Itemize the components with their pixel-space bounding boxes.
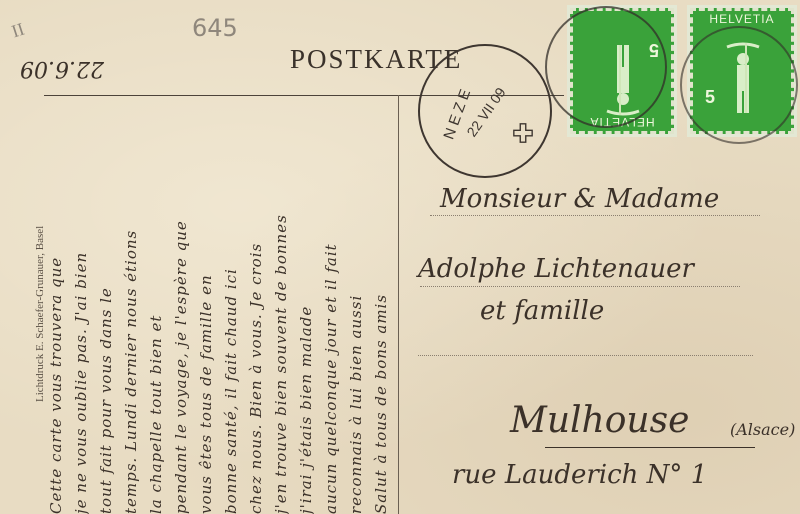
message-line: bonne santé, il fait chaud ici bbox=[219, 118, 244, 514]
address-salutation: Monsieur & Madame bbox=[440, 184, 719, 214]
message-line: reconnais à lui bien aussi bbox=[344, 118, 369, 514]
message-line: j'en trouve bien souvent de bonnes bbox=[269, 118, 294, 514]
postmark-cancel-stamp1 bbox=[545, 6, 667, 128]
message-line: tout fait pour vous dans le bbox=[94, 118, 119, 514]
handwritten-message: Cette carte vous trouvera que je ne vous… bbox=[44, 118, 384, 514]
address-region: (Alsace) bbox=[730, 420, 795, 439]
address-line-2 bbox=[420, 286, 740, 287]
address-recipient-suffix: et famille bbox=[480, 296, 604, 326]
message-line: Salut à tous de bons amis bbox=[369, 118, 394, 514]
swiss-cross-icon bbox=[512, 122, 534, 144]
postcard: II 645 22.6.09 POSTKARTE Lichtdruck E. S… bbox=[0, 0, 800, 514]
roman-numeral-mark: II bbox=[9, 19, 27, 43]
message-line: pendant le voyage, je l'espère que bbox=[169, 118, 194, 514]
message-line: je ne vous oublie pas. J'ai bien bbox=[69, 118, 94, 514]
message-line: la chapelle tout bien et bbox=[144, 118, 169, 514]
city-underline bbox=[545, 447, 755, 448]
message-line: temps. Lundi dernier nous étions bbox=[119, 118, 144, 514]
postmark-main: NEZE 22 VII 09 bbox=[418, 44, 552, 178]
message-line: Cette carte vous trouvera que bbox=[44, 118, 69, 514]
address-street: rue Lauderich N° 1 bbox=[452, 460, 707, 490]
address-line-1 bbox=[430, 215, 760, 216]
address-line-3 bbox=[418, 355, 753, 356]
postmark-cancel-stamp2 bbox=[680, 26, 798, 144]
message-line: chez nous. Bien à vous. Je crois bbox=[244, 118, 269, 514]
catalog-number: 645 bbox=[192, 14, 238, 42]
handwritten-date: 22.6.09 bbox=[20, 56, 104, 81]
address-recipient-name: Adolphe Lichtenauer bbox=[418, 254, 694, 284]
address-city: Mulhouse bbox=[510, 400, 689, 441]
message-line: vous êtes tous de famille en bbox=[194, 118, 219, 514]
center-divider bbox=[398, 95, 399, 514]
stamp-country: HELVETIA bbox=[693, 12, 791, 26]
message-line: aucun quelconque jour et il fait bbox=[319, 118, 344, 514]
message-line: j'irai j'étais bien malade bbox=[294, 118, 319, 514]
